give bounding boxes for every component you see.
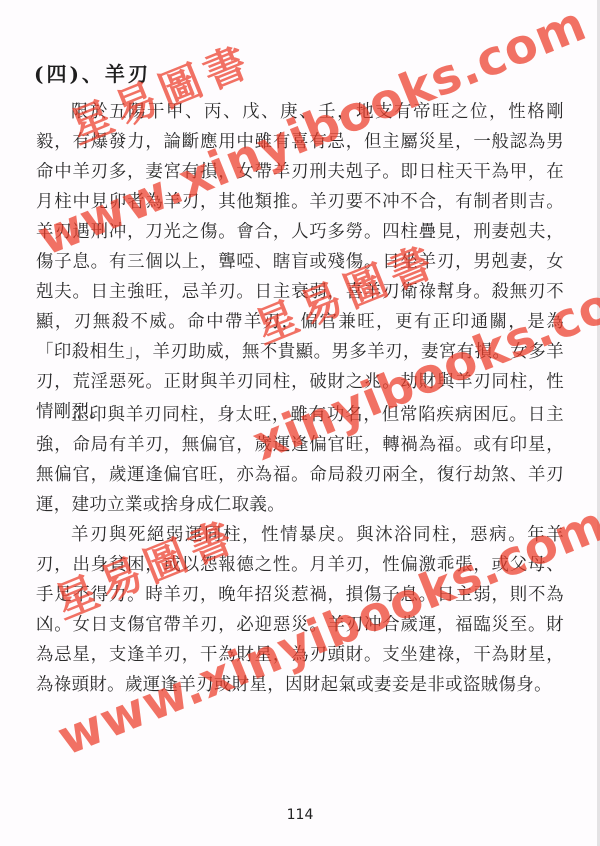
paragraph-2: 正印與羊刃同柱，身太旺，雖有功名，但常陷疾病困厄。日主強，命局有羊刃，無偏官，歲… (36, 400, 564, 520)
paragraph-1: 限於五陽干甲、丙、戊、庚、壬，地支有帝旺之位，性格剛毅，有爆發力，論斷應用中雖有… (36, 97, 564, 427)
page-number: 114 (0, 807, 600, 823)
book-page: (四)、羊刃 限於五陽干甲、丙、戊、庚、壬，地支有帝旺之位，性格剛毅，有爆發力，… (0, 0, 600, 846)
paragraph-3: 羊刃與死絕弱運同柱，性情暴戾。與沐浴同柱，惡病。年羊刃，出身貧困，或以怨報德之性… (36, 520, 564, 700)
section-title: (四)、羊刃 (34, 58, 151, 87)
